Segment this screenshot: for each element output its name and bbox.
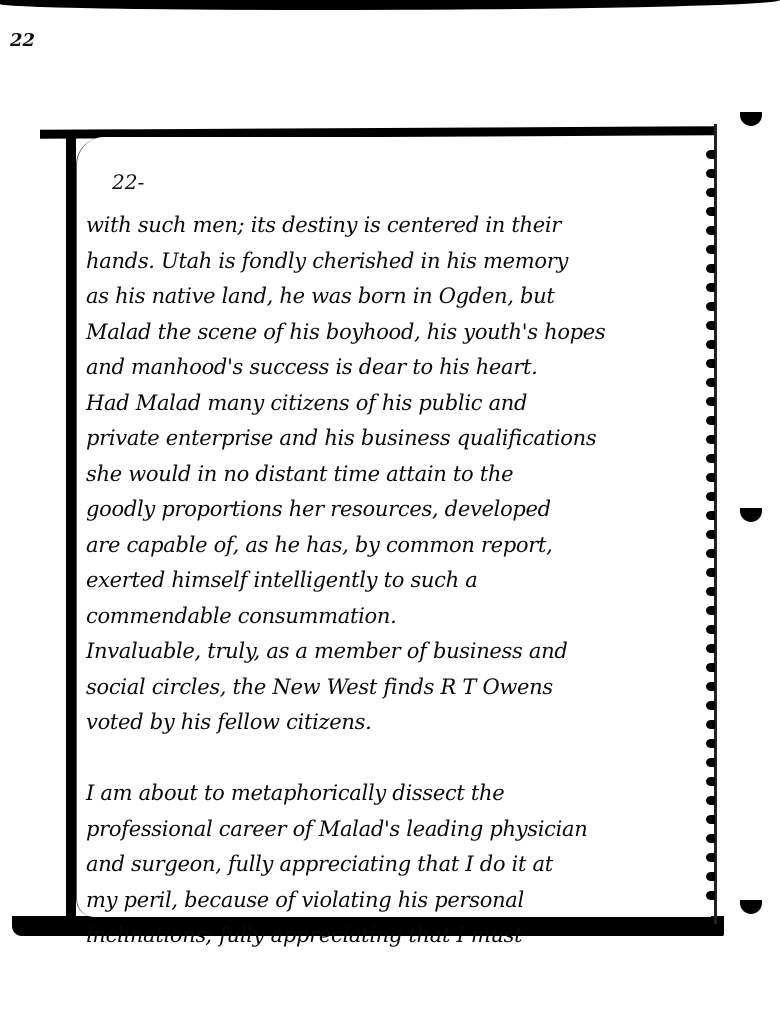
text-line: Malad the scene of his boyhood, his yout… (86, 315, 706, 351)
text-line: Invaluable, truly, as a member of busine… (86, 634, 706, 670)
spiral-coil-icon (706, 739, 715, 748)
binder-hole-icon (740, 900, 762, 914)
page-left-border (66, 132, 76, 932)
text-line: I am about to metaphorically dissect the (86, 776, 706, 812)
spiral-coil-icon (706, 663, 715, 672)
binder-hole-icon (740, 112, 762, 126)
text-line: hands. Utah is fondly cherished in his m… (86, 244, 706, 280)
spiral-coil-icon (706, 568, 715, 577)
spiral-coil-icon (706, 150, 715, 159)
spiral-coil-icon (706, 511, 715, 520)
text-line: with such men; its destiny is centered i… (86, 208, 706, 244)
text-line: she would in no distant time attain to t… (86, 457, 706, 493)
spiral-coil-icon (706, 815, 715, 824)
spiral-coil-icon (706, 644, 715, 653)
spiral-coil-icon (706, 416, 715, 425)
spiral-coil-icon (706, 207, 715, 216)
spiral-coil-icon (706, 606, 715, 615)
paragraph-1: with such men; its destiny is centered i… (86, 208, 706, 741)
spiral-coil-icon (706, 302, 715, 311)
spiral-coil-icon (706, 834, 715, 843)
scan-page-number: 22 (10, 30, 35, 51)
text-line: and manhood's success is dear to his hea… (86, 350, 706, 386)
text-line: Had Malad many citizens of his public an… (86, 386, 706, 422)
spiral-coil-icon (706, 853, 715, 862)
text-line: inclinations; fully appreciating that I … (86, 918, 706, 954)
paragraph-gap (86, 741, 706, 777)
text-line: are capable of, as he has, by common rep… (86, 528, 706, 564)
spiral-coil-icon (706, 188, 715, 197)
spiral-coil-icon (706, 473, 715, 482)
spiral-coil-icon (706, 872, 715, 881)
text-line: private enterprise and his business qual… (86, 421, 706, 457)
spiral-coil-icon (706, 492, 715, 501)
spiral-coil-icon (706, 340, 715, 349)
paragraph-2: I am about to metaphorically dissect the… (86, 776, 706, 954)
spiral-coil-icon (706, 530, 715, 539)
spiral-coil-icon (706, 321, 715, 330)
spiral-coil-icon (706, 454, 715, 463)
spiral-coil-icon (706, 397, 715, 406)
text-line: as his native land, he was born in Ogden… (86, 279, 706, 315)
spiral-coil-icon (706, 701, 715, 710)
spiral-coil-icon (706, 245, 715, 254)
text-line: professional career of Malad's leading p… (86, 812, 706, 848)
text-line: goodly proportions her resources, develo… (86, 492, 706, 528)
spiral-coil-icon (706, 758, 715, 767)
spiral-coil-icon (706, 169, 715, 178)
notebook-page-number: 22- (112, 170, 144, 194)
spiral-binding (706, 150, 716, 910)
spiral-coil-icon (706, 720, 715, 729)
spiral-coil-icon (706, 378, 715, 387)
spiral-coil-icon (706, 587, 715, 596)
spiral-coil-icon (706, 359, 715, 368)
spiral-coil-icon (706, 682, 715, 691)
spiral-coil-icon (706, 549, 715, 558)
text-line: voted by his fellow citizens. (86, 705, 706, 741)
text-line: my peril, because of violating his perso… (86, 883, 706, 919)
spiral-coil-icon (706, 283, 715, 292)
spiral-coil-icon (706, 891, 715, 900)
text-line: and surgeon, fully appreciating that I d… (86, 847, 706, 883)
scan-top-edge (0, 0, 780, 10)
spiral-coil-icon (706, 625, 715, 634)
text-line: commendable consummation. (86, 599, 706, 635)
spiral-coil-icon (706, 796, 715, 805)
spiral-coil-icon (706, 777, 715, 786)
spiral-coil-icon (706, 226, 715, 235)
handwritten-text: with such men; its destiny is centered i… (86, 208, 706, 954)
text-line: social circles, the New West finds R T O… (86, 670, 706, 706)
spiral-coil-icon (706, 264, 715, 273)
binder-hole-icon (740, 508, 762, 522)
text-line: exerted himself intelligently to such a (86, 563, 706, 599)
spiral-coil-icon (706, 435, 715, 444)
